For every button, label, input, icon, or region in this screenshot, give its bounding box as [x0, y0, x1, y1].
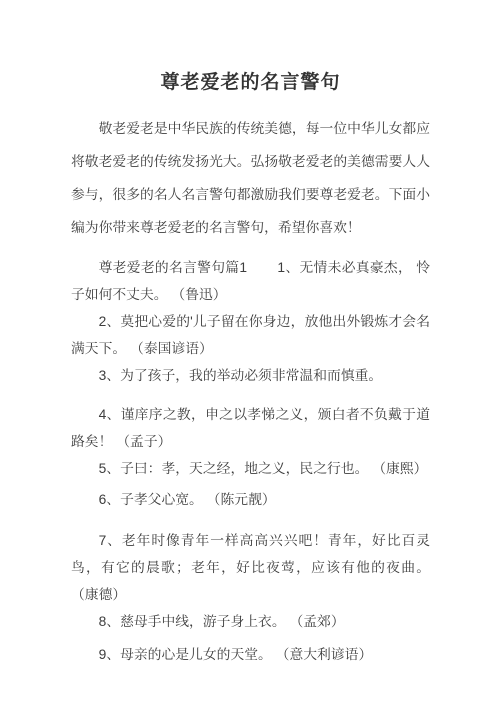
quote-9: 9、母亲的心是儿女的天堂。 （意大利谚语）: [71, 641, 430, 668]
quote-2: 2、莫把心爱的'儿子留在你身边，放他出外锻炼才会名满天下。 （泰国谚语）: [71, 308, 430, 362]
quote-8: 8、慈母手中线，游子身上衣。 （孟郊）: [71, 608, 430, 635]
page-title: 尊老爱老的名言警句: [71, 72, 430, 94]
quote-7: 7、老年时像青年一样高高兴兴吧！青年，好比百灵鸟，有它的晨歌；老年，好比夜莺，应…: [71, 527, 430, 608]
quote-5: 5、子曰：孝，天之经，地之义，民之行也。 （康熙）: [71, 455, 430, 482]
document-page: 尊老爱老的名言警句 敬老爱老是中华民族的传统美德，每一位中华儿女都应将敬老爱老的…: [0, 0, 500, 708]
section-label: 尊老爱老的名言警句篇1: [99, 260, 247, 275]
intro-paragraph: 敬老爱老是中华民族的传统美德，每一位中华儿女都应将敬老爱老的传统发扬光大。弘扬敬…: [71, 112, 430, 244]
quote-3: 3、为了孩子，我的举动必须非常温和而慎重。: [71, 362, 430, 389]
quote-6: 6、子孝父心宽。 （陈元靓）: [71, 486, 430, 513]
section-paragraph: 尊老爱老的名言警句篇11、无情未必真豪杰， 怜子如何不丈夫。 （鲁迅）: [71, 254, 430, 308]
quote-4: 4、谨庠序之教，申之以孝悌之义，颁白者不负戴于道 路矣！ （孟子）: [71, 401, 430, 455]
